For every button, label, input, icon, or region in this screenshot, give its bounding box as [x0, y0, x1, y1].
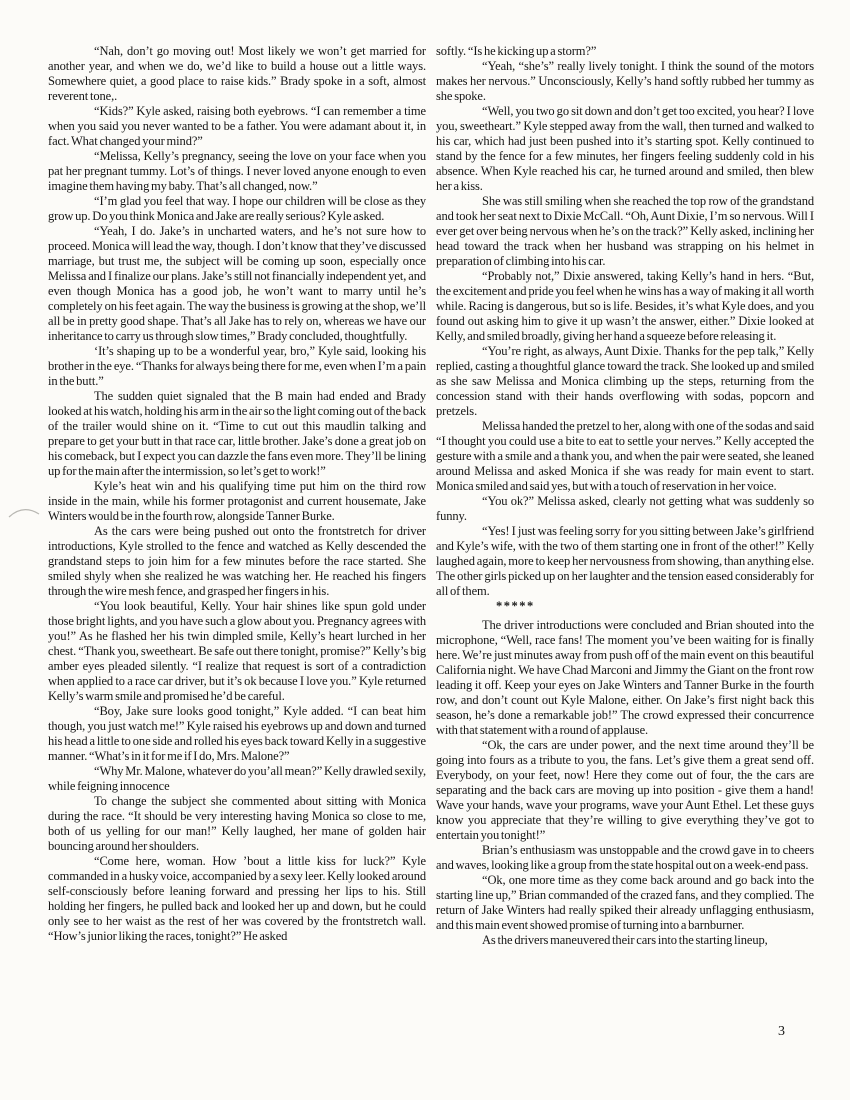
paragraph: “Yeah, I do. Jake’s in uncharted waters,…	[48, 224, 426, 344]
paragraph: “Ok, the cars are under power, and the n…	[436, 738, 814, 843]
two-column-text-block: “Nah, don’t go moving out! Most likely w…	[48, 44, 814, 948]
paragraph: softly. “Is he kicking up a storm?”	[436, 44, 814, 59]
paragraph: “Yeah, “she’s” really lively tonight. I …	[436, 59, 814, 104]
paragraph: “Melissa, Kelly’s pregnancy, seeing the …	[48, 149, 426, 194]
paragraph: “Why Mr. Malone, whatever do you’all mea…	[48, 764, 426, 794]
paragraph: The sudden quiet signaled that the B mai…	[48, 389, 426, 479]
paragraph: ‘It’s shaping up to be a wonderful year,…	[48, 344, 426, 389]
scene-separator: *****	[436, 599, 814, 614]
paragraph: Kyle’s heat win and his qualifying time …	[48, 479, 426, 524]
paragraph: “Yes! I just was feeling sorry for you s…	[436, 524, 814, 599]
paragraph: “I’m glad you feel that way. I hope our …	[48, 194, 426, 224]
paragraph: Brian’s enthusiasm was unstoppable and t…	[436, 843, 814, 873]
paragraph: To change the subject she commented abou…	[48, 794, 426, 854]
paragraph: “Nah, don’t go moving out! Most likely w…	[48, 44, 426, 104]
paragraph: “Well, you two go sit down and don’t get…	[436, 104, 814, 194]
scan-artifact-mark	[6, 501, 44, 523]
paragraph: As the drivers maneuvered their cars int…	[436, 933, 814, 948]
page-number: 3	[778, 1024, 785, 1040]
paragraph: “You look beautiful, Kelly. Your hair sh…	[48, 599, 426, 704]
right-column: softly. “Is he kicking up a storm?”“Yeah…	[436, 44, 814, 948]
paragraph: “Come here, woman. How ’bout a little ki…	[48, 854, 426, 944]
paragraph: “You’re right, as always, Aunt Dixie. Th…	[436, 344, 814, 419]
paragraph: “Probably not,” Dixie answered, taking K…	[436, 269, 814, 344]
document-page: “Nah, don’t go moving out! Most likely w…	[0, 0, 850, 1100]
paragraph: Melissa handed the pretzel to her, along…	[436, 419, 814, 494]
paragraph: “Ok, one more time as they come back aro…	[436, 873, 814, 933]
paragraph: The driver introductions were concluded …	[436, 618, 814, 738]
paragraph: She was still smiling when she reached t…	[436, 194, 814, 269]
paragraph: “Kids?” Kyle asked, raising both eyebrow…	[48, 104, 426, 149]
paragraph: As the cars were being pushed out onto t…	[48, 524, 426, 599]
left-column: “Nah, don’t go moving out! Most likely w…	[48, 44, 426, 948]
paragraph: “Boy, Jake sure looks good tonight,” Kyl…	[48, 704, 426, 764]
paragraph: “You ok?” Melissa asked, clearly not get…	[436, 494, 814, 524]
